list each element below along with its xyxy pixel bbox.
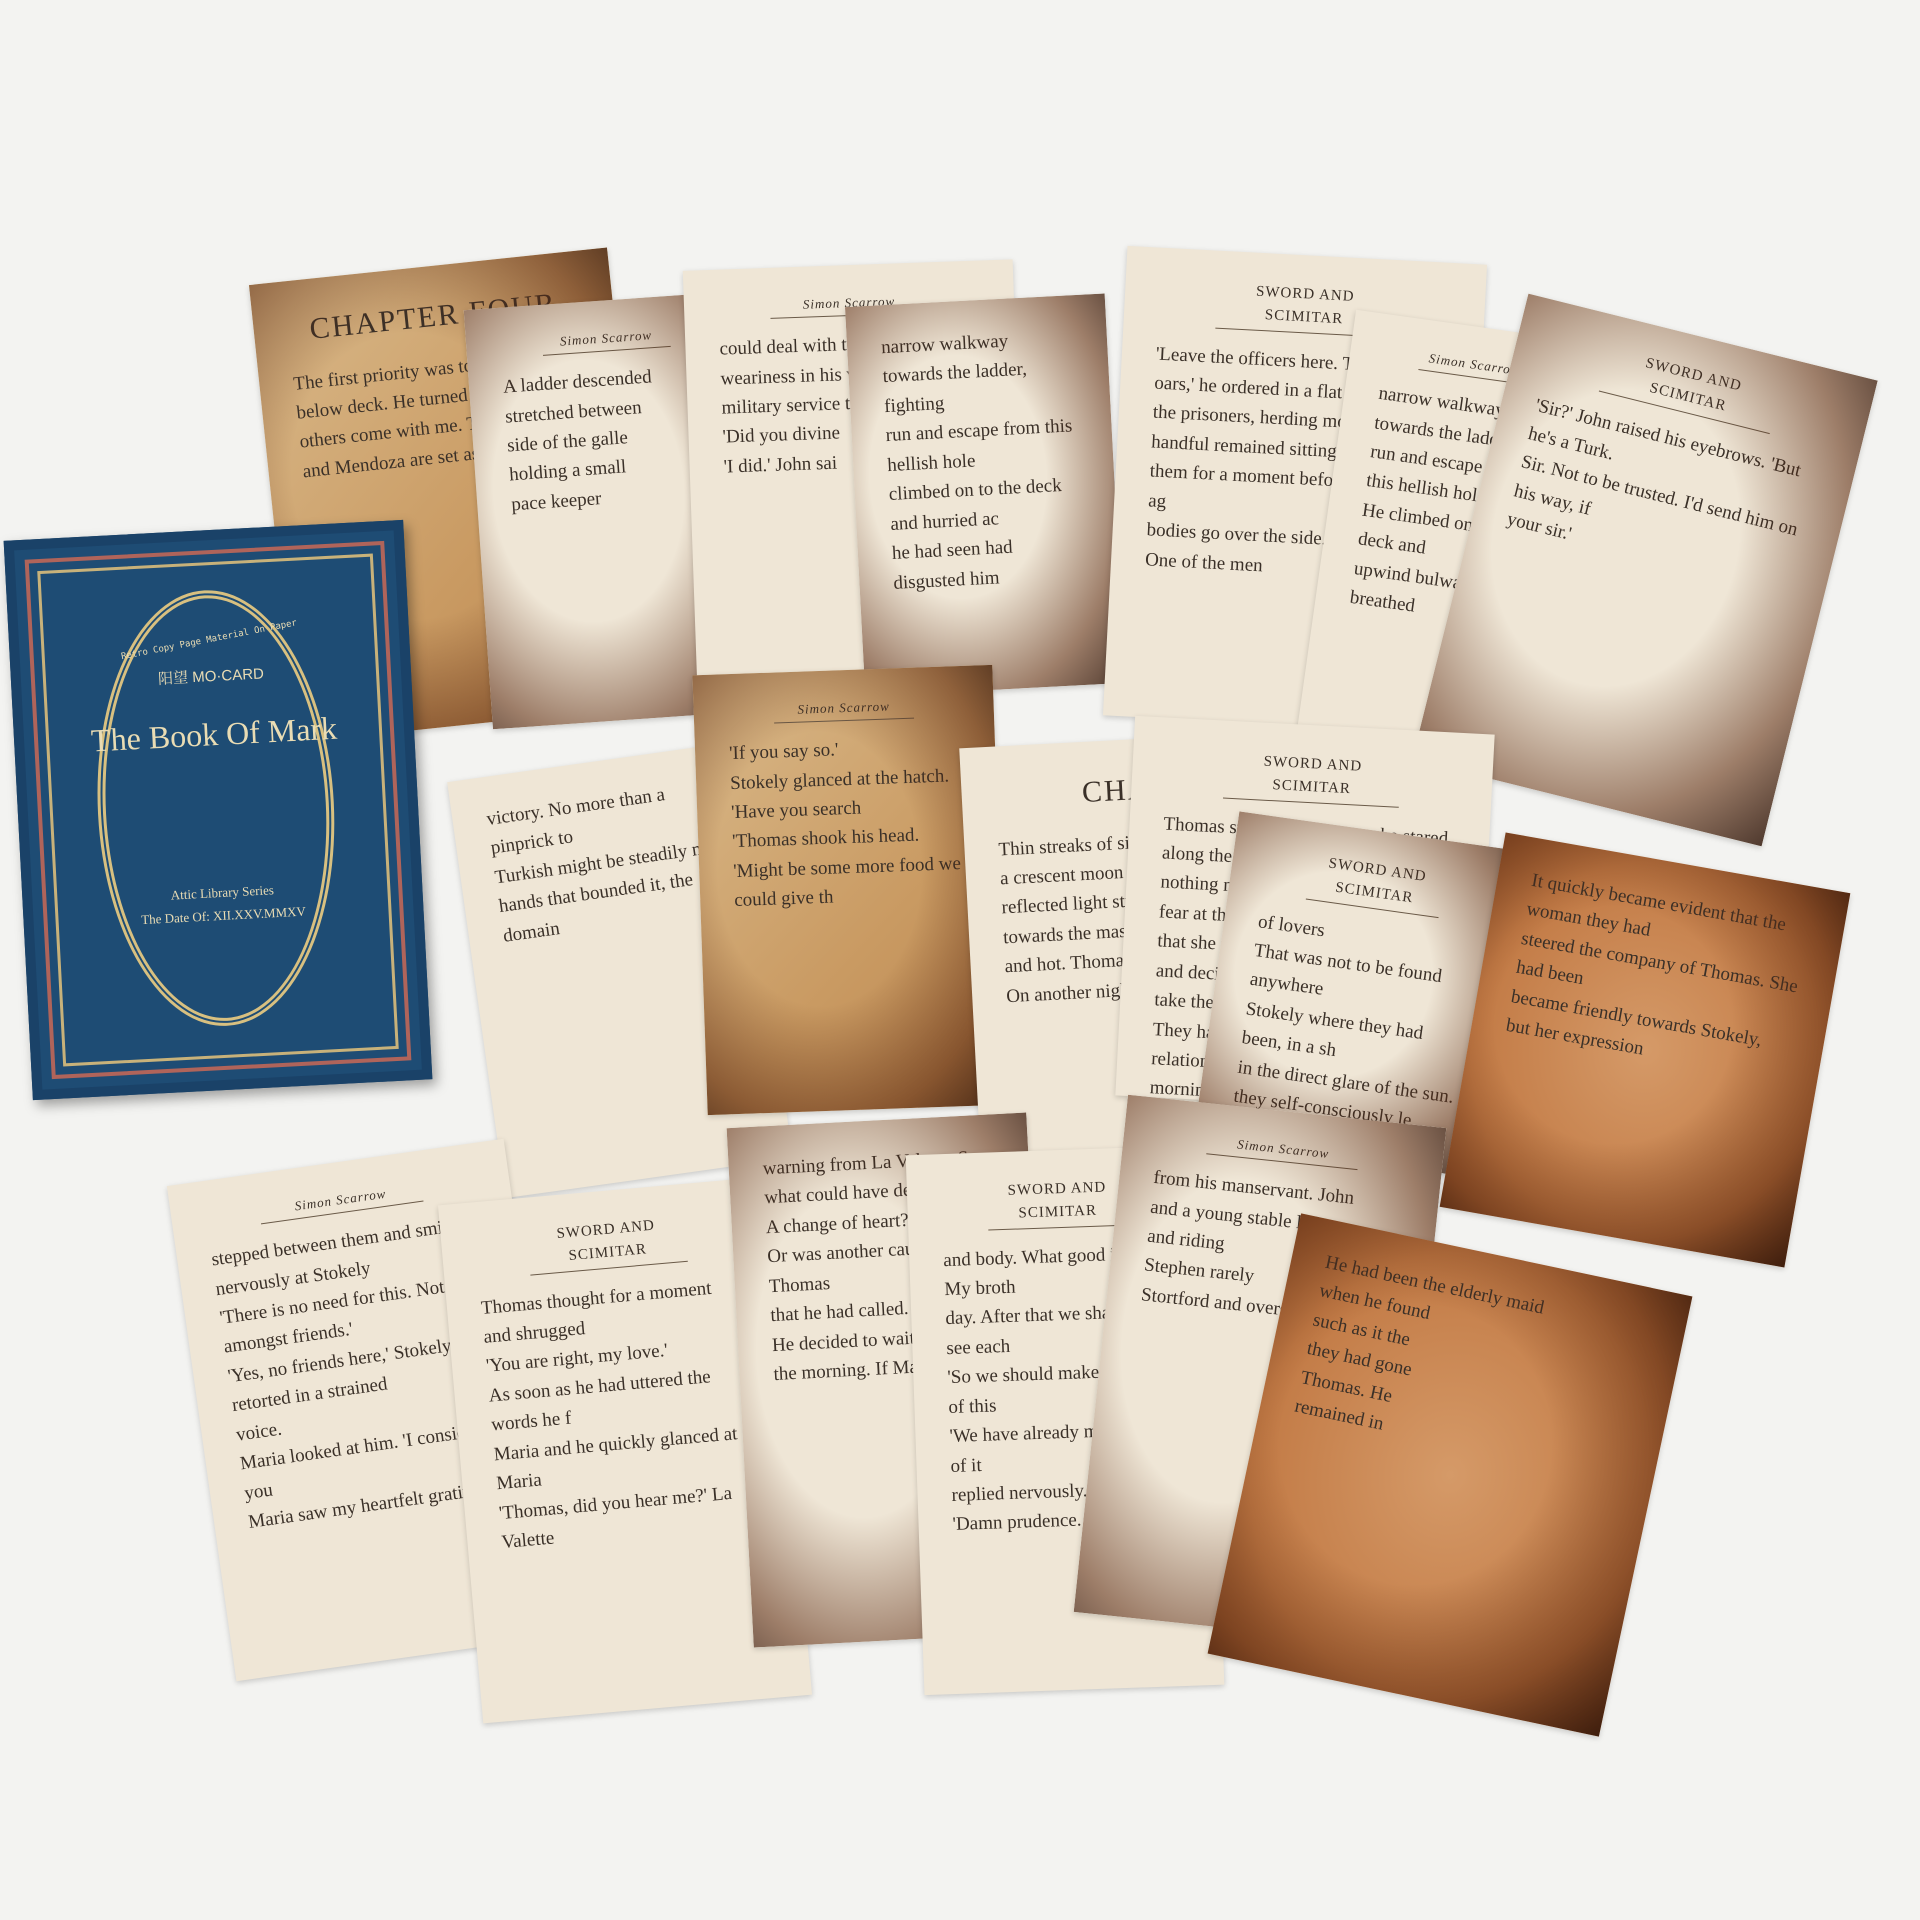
sheet-header: SWORD AND SCIMITAR (526, 1212, 687, 1275)
sheet-header: Simon Scarrow (542, 324, 670, 356)
book-cover-package: Retro Copy Page Material On Paper 阳望 MO·… (4, 520, 433, 1100)
paper-sheet: narrow walkway towards the ladder, fight… (845, 293, 1125, 696)
sheet-text: 'If you say so.' Stokely glanced at the … (729, 731, 967, 916)
sheet-text: It quickly became evident that the woman… (1504, 866, 1812, 1089)
sheet-header: Simon Scarrow (258, 1179, 423, 1225)
paper-sheet: It quickly became evident that the woman… (1440, 832, 1851, 1267)
sheet-header: Simon Scarrow (774, 696, 914, 724)
sheet-text: He had been the elderly maid when he fou… (1292, 1248, 1653, 1490)
sheet-text: 'Sir?' John raised his eyebrows. 'But he… (1504, 391, 1823, 604)
sheet-header: SWORD AND SCIMITAR (1306, 850, 1445, 918)
sheet-text: narrow walkway towards the ladder, fight… (880, 323, 1086, 598)
sheet-header: Simon Scarrow (1207, 1131, 1360, 1170)
paper-sheet: Simon Scarrow 'If you say so.' Stokely g… (692, 665, 1007, 1115)
sheet-text: victory. No more than a pinprick to Turk… (485, 774, 725, 951)
sheet-header: SWORD AND SCIMITAR (1223, 749, 1401, 808)
sheet-header: SWORD AND SCIMITAR (987, 1176, 1128, 1230)
sheet-text: Thomas thought for a moment and shrugged… (480, 1271, 764, 1558)
